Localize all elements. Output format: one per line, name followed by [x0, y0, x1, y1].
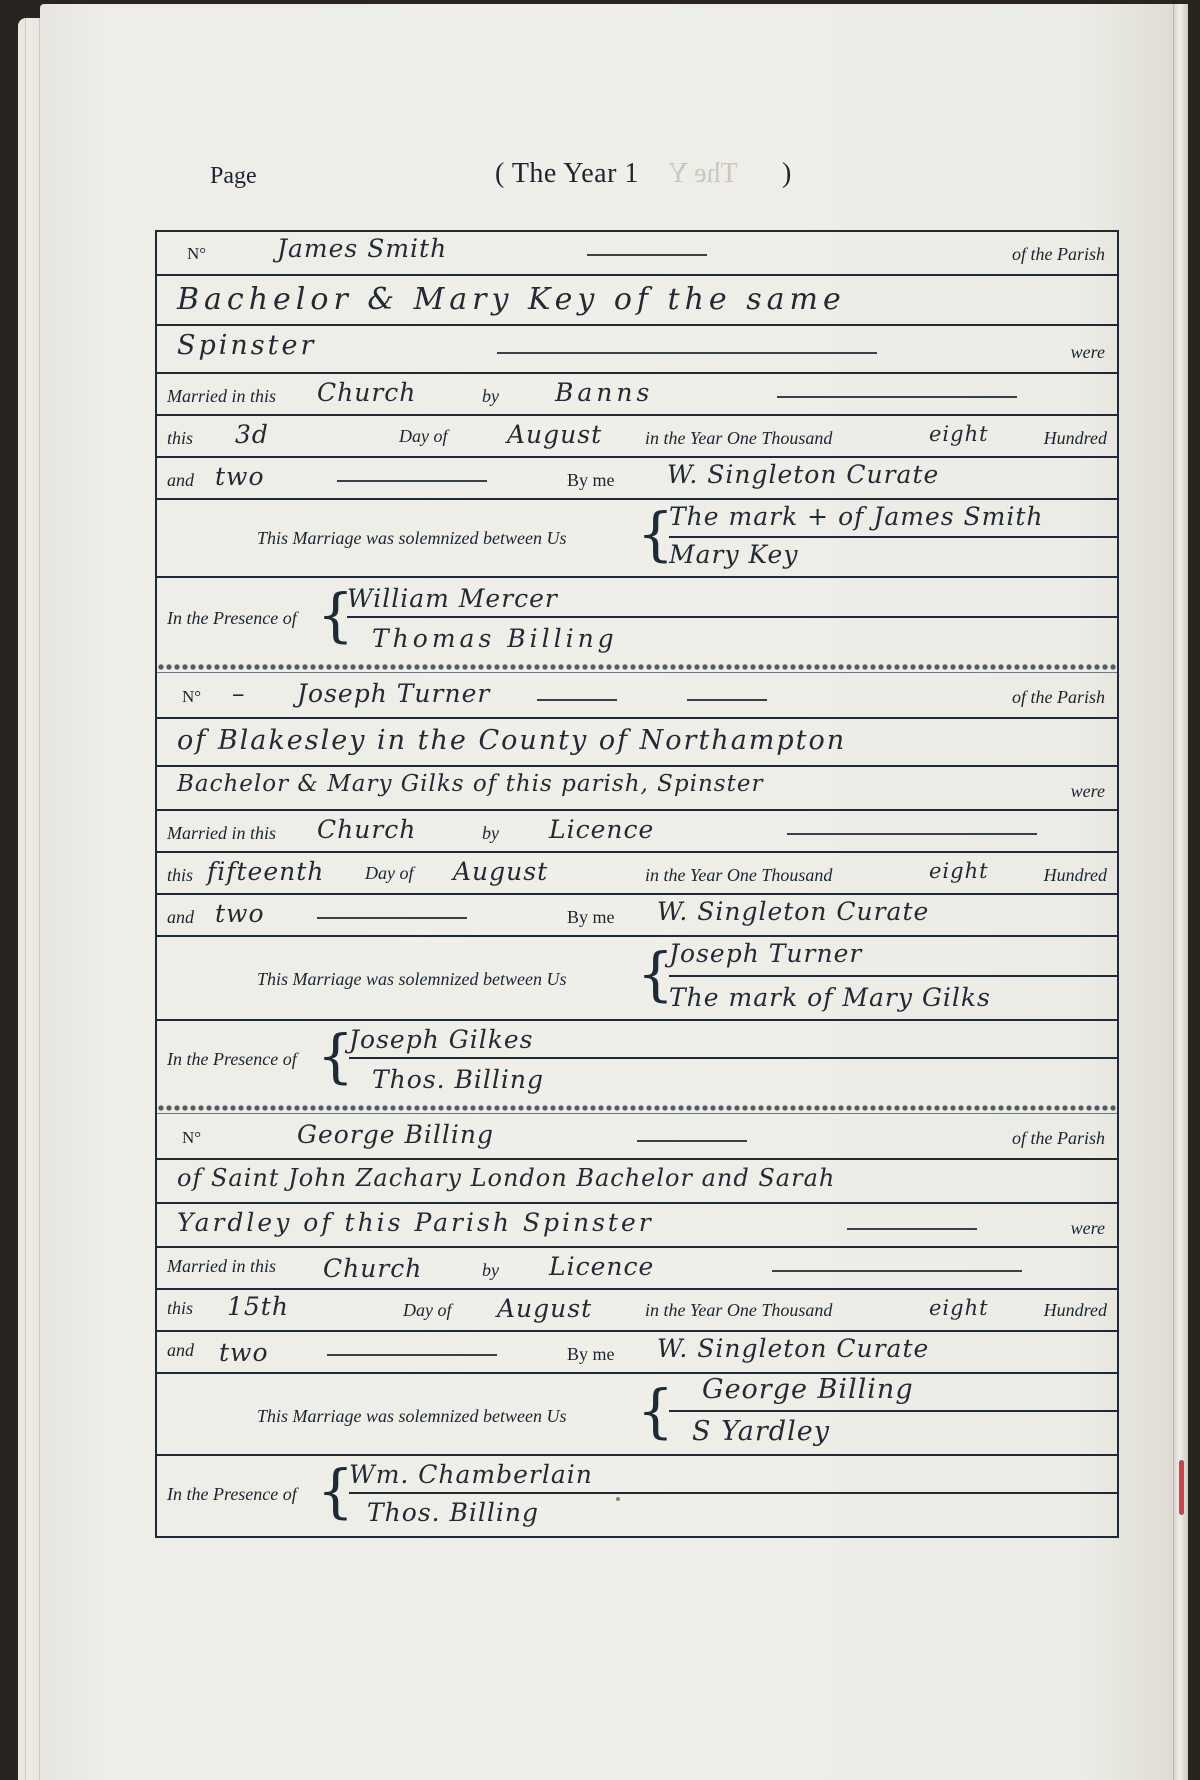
day-of-label: Day of [403, 1300, 452, 1321]
filler-dash [327, 1354, 497, 1356]
in-the-year-label: in the Year One Thousand [645, 428, 832, 449]
entry-2-row-married: Married in this Church by Licence [157, 811, 1117, 853]
entry-1-witness-1: William Mercer [347, 584, 558, 613]
ornamental-divider [157, 1103, 1117, 1114]
entry-1-row-3: Spinster were [157, 326, 1117, 374]
entry-2-party-2: The mark of Mary Gilks [669, 983, 991, 1012]
entry-2-row-officiant: and two By me W. Singleton Curate [157, 895, 1117, 937]
entry-1-method: Banns [555, 378, 653, 407]
in-the-year-label: in the Year One Thousand [645, 865, 832, 886]
entry-2-row-date: this fifteenth Day of August in the Year… [157, 853, 1117, 895]
entry-1-row-date: this 3d Day of August in the Year One Th… [157, 416, 1117, 458]
running-head: Page ( The Year 1 The Y ) [0, 158, 1200, 198]
entry-2-witness-1: Joseph Gilkes [349, 1025, 533, 1054]
filler-dash [637, 1140, 747, 1142]
were-label: were [1071, 342, 1105, 363]
entry-2-day: fifteenth [207, 857, 324, 886]
entry-3-line3: Yardley of this Parish Spinster [177, 1208, 654, 1237]
marriage-entry-2: N° – Joseph Turner of the Parish of Blak… [157, 673, 1117, 1114]
entry-2-place: Church [317, 815, 416, 844]
red-ink-mark [1179, 1460, 1184, 1515]
of-the-parish-label: of the Parish [1012, 687, 1105, 708]
signature-line [669, 536, 1117, 538]
entry-2-officiant: W. Singleton Curate [657, 897, 929, 926]
hundred-label: Hundred [1044, 428, 1107, 449]
and-label: and [167, 1340, 194, 1361]
entry-3-month: August [497, 1294, 592, 1323]
filler-dash [497, 352, 877, 354]
this-label: this [167, 865, 193, 886]
entry-1-officiant: W. Singleton Curate [667, 460, 939, 489]
marriage-entry-1: N° James Smith of the Parish Bachelor & … [157, 230, 1117, 673]
entry-2-line3: Bachelor & Mary Gilks of this parish, Sp… [177, 771, 763, 797]
entry-2-witness-2: Thos. Billing [372, 1065, 544, 1094]
entry-3-party-1: George Billing [702, 1374, 914, 1405]
year-label: ( The Year 1 [495, 158, 639, 190]
in-presence-of-label: In the Presence of [167, 608, 297, 629]
filler-dash [537, 699, 617, 701]
entry-3-row-married: Married in this Church by Licence [157, 1248, 1117, 1290]
signature-line [349, 1057, 1117, 1059]
entry-3-row-witnesses: In the Presence of { Wm. Chamberlain Tho… [157, 1456, 1117, 1538]
entry-1-row-2: Bachelor & Mary Key of the same [157, 276, 1117, 326]
entry-1-month: August [507, 420, 602, 449]
filler-dash [777, 396, 1017, 398]
entry-2-number: – [232, 679, 246, 708]
entry-1-witness-2: Thomas Billing [372, 624, 618, 653]
signature-line [669, 975, 1117, 977]
entry-2-party-1: Joseph Turner [669, 939, 862, 968]
entry-2-row-parties: This Marriage was solemnized between Us … [157, 937, 1117, 1021]
no-label: N° [182, 1128, 201, 1148]
in-presence-of-label: In the Presence of [167, 1484, 297, 1505]
day-of-label: Day of [399, 426, 448, 447]
entry-1-row-groom: N° James Smith of the Parish [157, 230, 1117, 276]
of-the-parish-label: of the Parish [1012, 244, 1105, 265]
entry-1-place: Church [317, 378, 416, 407]
entry-3-party-2: S Yardley [692, 1416, 830, 1447]
by-me-label: By me [567, 470, 615, 491]
filler-dash [337, 480, 487, 482]
entry-1-row-witnesses: In the Presence of { William Mercer Thom… [157, 578, 1117, 662]
were-label: were [1071, 1218, 1105, 1239]
entry-3-day: 15th [227, 1292, 289, 1321]
entry-2-century: eight [929, 859, 989, 883]
were-label: were [1071, 781, 1105, 802]
entry-3-row-2: of Saint John Zachary London Bachelor an… [157, 1160, 1117, 1204]
entry-1-row-married: Married in this Church by Banns [157, 374, 1117, 416]
entry-3-place: Church [323, 1254, 422, 1283]
by-me-label: By me [567, 1344, 615, 1365]
filler-dash [687, 699, 767, 701]
entry-2-method: Licence [549, 815, 654, 844]
this-label: this [167, 428, 193, 449]
signature-line [349, 1492, 1117, 1494]
entry-1-century: eight [929, 422, 989, 446]
entry-2-row-witnesses: In the Presence of { Joseph Gilkes Thos.… [157, 1021, 1117, 1103]
entry-2-groom: Joseph Turner [297, 679, 490, 708]
entry-1-groom: James Smith [277, 234, 447, 263]
filler-dash [772, 1270, 1022, 1272]
and-label: and [167, 470, 194, 491]
year-close-paren: ) [782, 158, 792, 190]
entry-3-row-groom: N° George Billing of the Parish [157, 1114, 1117, 1160]
hundred-label: Hundred [1044, 1300, 1107, 1321]
married-in-this-label: Married in this [167, 823, 276, 844]
filler-dash [587, 254, 707, 256]
of-the-parish-label: of the Parish [1012, 1128, 1105, 1149]
no-label: N° [182, 687, 201, 707]
this-label: this [167, 1298, 193, 1319]
entry-3-line2: of Saint John Zachary London Bachelor an… [177, 1164, 835, 1192]
day-of-label: Day of [365, 863, 414, 884]
entry-2-line2: of Blakesley in the County of Northampto… [177, 725, 846, 756]
by-label: by [482, 823, 499, 844]
solemnized-label: This Marriage was solemnized between Us [257, 528, 567, 549]
entry-3-row-date: this 15th Day of August in the Year One … [157, 1290, 1117, 1332]
entry-1-row-parties: This Marriage was solemnized between Us … [157, 500, 1117, 578]
married-in-this-label: Married in this [167, 386, 276, 407]
hundred-label: Hundred [1044, 865, 1107, 886]
marriage-entry-3: N° George Billing of the Parish of Saint… [157, 1114, 1117, 1538]
solemnized-label: This Marriage was solemnized between Us [257, 1406, 567, 1427]
entry-1-line2: Bachelor & Mary Key of the same [177, 282, 846, 317]
entry-3-witness-1: Wm. Chamberlain [349, 1460, 593, 1489]
entry-1-year-tail: two [215, 462, 265, 491]
entry-3-row-parties: This Marriage was solemnized between Us … [157, 1374, 1117, 1456]
in-presence-of-label: In the Presence of [167, 1049, 297, 1070]
by-label: by [482, 1260, 499, 1281]
signature-line [669, 1410, 1117, 1412]
married-in-this-label: Married in this [167, 1256, 276, 1277]
page-label: Page [210, 163, 257, 190]
bleed-through-text: The Y [668, 158, 738, 190]
entry-1-party-1: The mark + of James Smith [669, 502, 1044, 531]
entry-3-year-tail: two [219, 1338, 269, 1367]
solemnized-label: This Marriage was solemnized between Us [257, 969, 567, 990]
entry-3-century: eight [929, 1296, 989, 1320]
filler-dash [847, 1228, 977, 1230]
by-me-label: By me [567, 907, 615, 928]
entry-2-year-tail: two [215, 899, 265, 928]
entry-1-day: 3d [235, 420, 269, 449]
entry-1-line3: Spinster [177, 330, 316, 361]
ornamental-divider [157, 662, 1117, 673]
entry-2-row-groom: N° – Joseph Turner of the Parish [157, 673, 1117, 719]
entry-3-method: Licence [549, 1252, 654, 1281]
entry-1-row-officiant: and two By me W. Singleton Curate [157, 458, 1117, 500]
entry-1-party-2: Mary Key [669, 540, 798, 569]
marriage-register-table: N° James Smith of the Parish Bachelor & … [155, 230, 1119, 1538]
signature-line [347, 616, 1117, 618]
entry-2-row-3: Bachelor & Mary Gilks of this parish, Sp… [157, 767, 1117, 811]
by-label: by [482, 386, 499, 407]
entry-3-groom: George Billing [297, 1120, 494, 1149]
and-label: and [167, 907, 194, 928]
entry-3-witness-2: Thos. Billing [367, 1498, 539, 1527]
filler-dash [317, 917, 467, 919]
filler-dash [787, 833, 1037, 835]
entry-2-month: August [453, 857, 548, 886]
register-book: Page ( The Year 1 The Y ) N° James Smith… [0, 0, 1200, 1780]
no-label: N° [187, 244, 206, 264]
entry-3-row-3: Yardley of this Parish Spinster were [157, 1204, 1117, 1248]
entry-2-row-2: of Blakesley in the County of Northampto… [157, 719, 1117, 767]
in-the-year-label: in the Year One Thousand [645, 1300, 832, 1321]
entry-3-row-officiant: and two By me W. Singleton Curate [157, 1332, 1117, 1374]
entry-3-officiant: W. Singleton Curate [657, 1334, 929, 1363]
